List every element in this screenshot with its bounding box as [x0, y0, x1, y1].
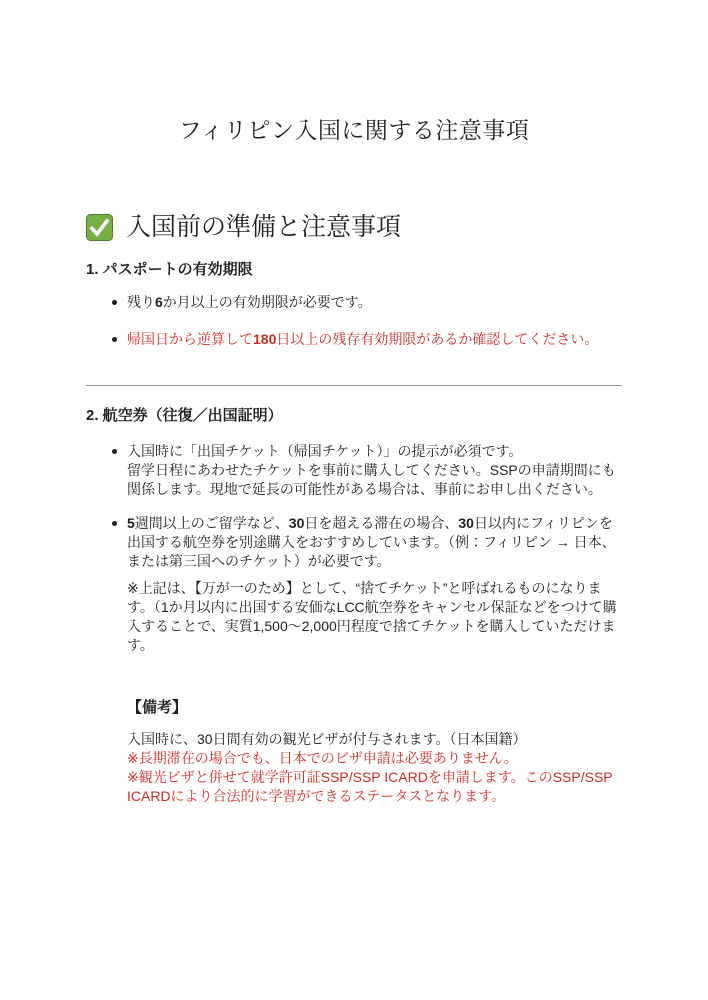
ticket-bullet-departure-ticket: 入国時に「出国チケット（帰国チケット）」の提示が必須です。 留学日程にあわせたチ…	[86, 442, 623, 499]
ticket-note-paragraph: ※上記は、【万が一のため】として、“捨てチケット”と呼ばれるものになります。（1…	[127, 579, 623, 655]
passport-heading: 1. パスポートの有効期限	[86, 260, 622, 280]
remarks-line-ssp: ※観光ビザと併せて就学許可証SSP/SSP ICARDを申請します。このSSP/…	[127, 768, 623, 806]
check-icon	[86, 214, 113, 241]
remarks-heading: 【備考】	[127, 698, 622, 718]
section-heading: 入国前の準備と注意事項	[86, 211, 622, 243]
horizontal-rule	[86, 385, 622, 386]
section-heading-text: 入国前の準備と注意事項	[126, 211, 401, 243]
remarks-line-visa: 入国時に、30日間有効の観光ビザが付与されます。（日本国籍）	[127, 730, 623, 749]
passport-bullet-180days: 帰国日から逆算して180日以上の残存有効期限があるか確認してください。	[86, 330, 623, 349]
ticket-bullet-30days: 5週間以上のご留学など、30日を超える滞在の場合、30日以内にフィリピンを出国す…	[86, 514, 623, 571]
ticket-heading: 2. 航空券（往復／出国証明）	[86, 406, 622, 426]
document-title: フィリピン入国に関する注意事項	[86, 113, 622, 147]
passport-bullet-validity: 残り6か月以上の有効期限が必要です。	[86, 293, 623, 312]
remarks-line-no-application: ※長期滞在の場合でも、日本でのビザ申請は必要ありません。	[127, 749, 623, 768]
document-page: フィリピン入国に関する注意事項 入国前の準備と注意事項 1. パスポートの有効期…	[0, 0, 708, 1000]
